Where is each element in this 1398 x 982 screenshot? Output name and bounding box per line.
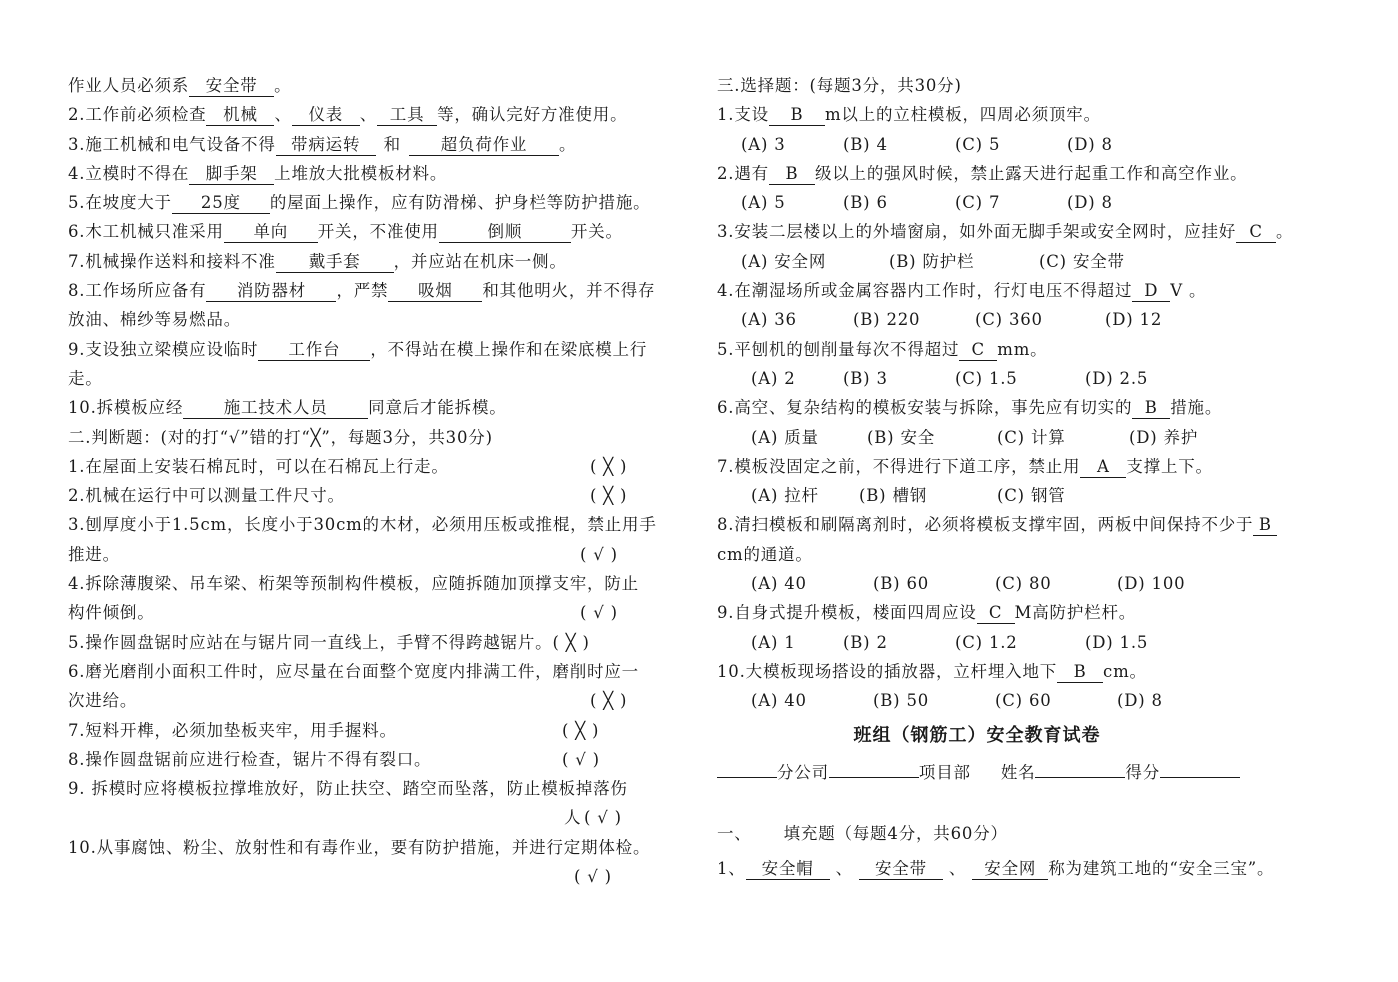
question-number: 9. <box>717 603 734 622</box>
question-text: 大模板现场搭设的插放器，立杆埋入地下 <box>746 662 1057 681</box>
choice-question-9: 9.自身式提升模板，楼面四周应设CM高防护栏杆。 <box>717 598 1347 627</box>
option: (B) 50 <box>873 686 995 715</box>
question-text: 上堆放大批模板材料。 <box>274 164 447 183</box>
exam-header-fields: 分公司项目部姓名得分 <box>717 756 1347 790</box>
choice-question-6: 6.高空、复杂结构的模板安装与拆除，事先应有切实的B措施。 <box>717 393 1347 422</box>
option: (A) 安全网 <box>741 247 889 276</box>
question-text: 木工机械只准采用 <box>85 222 223 241</box>
question-text: 支设独立梁模应设临时 <box>85 340 258 359</box>
answer-blank: 消防器材 <box>206 281 336 302</box>
option: (B) 220 <box>853 305 975 334</box>
answer-mark: ( √ ) <box>584 803 622 832</box>
question-text: 推进。 <box>68 545 120 564</box>
option: (C) 360 <box>975 305 1105 334</box>
answer-blank: 带病运转 <box>276 135 376 156</box>
question-number: 5. <box>68 633 85 652</box>
choice-options-4: (A) 36(B) 220(C) 360(D) 12 <box>717 305 1347 334</box>
question-text: mm。 <box>997 340 1047 359</box>
option: (D) 12 <box>1105 305 1162 334</box>
dept-label: 项目部 <box>919 763 971 782</box>
question-text: ，严禁 <box>336 281 388 300</box>
section-title: 填充题（每题4分，共60分） <box>784 824 1008 843</box>
fill-question-9-cont: 走。 <box>68 364 688 393</box>
question-text: 刨厚度小于1.5cm，长度小于30cm的木材，必须用压板或推棍，禁止用手 <box>85 515 656 534</box>
question-number: 7. <box>68 252 85 271</box>
option: (B) 防护栏 <box>889 247 1039 276</box>
option: (A) 1 <box>751 628 843 657</box>
fill-question-5: 5.在坡度大于25度的屋面上操作，应有防滑梯、护身栏等防护措施。 <box>68 188 688 217</box>
question-number: 2. <box>717 164 734 183</box>
question-number: 2. <box>68 486 85 505</box>
judge-question-8: 8.操作圆盘锯前应进行检查，锯片不得有裂口。 ( √ ) <box>68 745 688 774</box>
option: (D) 8 <box>1067 188 1113 217</box>
option: (C) 60 <box>995 686 1117 715</box>
question-text: 、 <box>274 105 291 124</box>
question-number: 8. <box>68 281 85 300</box>
question-text: 遇有 <box>734 164 769 183</box>
judge-question-4: 4.拆除薄腹梁、吊车梁、桁架等预制构件模板，应随拆随加顶撑支牢，防止 <box>68 569 688 598</box>
question-text: 自身式提升模板，楼面四周应设 <box>734 603 976 622</box>
fill-question-2: 2.工作前必须检查机械、仪表、工具等，确认完好方准使用。 <box>68 100 688 129</box>
answer-mark: ( ╳ ) <box>562 716 599 745</box>
question-text: cm。 <box>1103 662 1147 681</box>
answer-blank: B <box>769 105 825 126</box>
question-number: 3. <box>68 135 85 154</box>
answer-blank: A <box>1080 457 1126 478</box>
answer-mark: ( ╳ ) <box>590 452 627 481</box>
answer-mark: ( √ ) <box>574 862 612 891</box>
judge-question-1: 1.在屋面上安装石棉瓦时，可以在石棉瓦上行走。 ( ╳ ) <box>68 452 688 481</box>
answer-blank: 安全带 <box>859 859 943 880</box>
question-text: m以上的立柱模板，四周必须顶牢。 <box>825 105 1101 124</box>
choice-question-8-cont: cm的通道。 <box>717 540 1347 569</box>
question-text: 在屋面上安装石棉瓦时，可以在石棉瓦上行走。 <box>85 457 448 476</box>
choice-question-1: 1.支设Bm以上的立柱模板，四周必须顶牢。 <box>717 100 1347 129</box>
question-text: 工作场所应备有 <box>85 281 206 300</box>
answer-blank: 安全带 <box>189 76 274 97</box>
option: (A) 3 <box>741 130 843 159</box>
option: (A) 5 <box>741 188 843 217</box>
option: (C) 1.5 <box>955 364 1085 393</box>
question-text: 和其他明火，并不得存 <box>482 281 655 300</box>
judge-question-2: 2.机械在运行中可以测量工件尺寸。 ( ╳ ) <box>68 481 688 510</box>
option: (B) 4 <box>843 130 955 159</box>
question-text: 开关。 <box>571 222 623 241</box>
question-number: 1. <box>717 105 734 124</box>
answer-blank: C <box>959 340 997 361</box>
question-text: 立模时不得在 <box>85 164 189 183</box>
question-text: 平刨机的刨削量每次不得超过 <box>734 340 959 359</box>
score-field[interactable] <box>1160 777 1240 778</box>
question-text: 等，确认完好方准使用。 <box>437 105 627 124</box>
question-number: 7. <box>717 457 734 476</box>
name-field[interactable] <box>1035 777 1125 778</box>
option: (A) 2 <box>751 364 843 393</box>
fill-question-7: 7.机械操作送料和接料不准戴手套，并应站在机床一侧。 <box>68 247 688 276</box>
option: (D) 1.5 <box>1085 628 1148 657</box>
answer-blank: 超负荷作业 <box>409 135 559 156</box>
choice-options-1: (A) 3(B) 4(C) 5(D) 8 <box>717 130 1347 159</box>
judge-section-header: 二.判断题：(对的打“√”错的打“╳”，每题3分，共30分) <box>68 423 688 452</box>
question-text: 开关，不准使用 <box>318 222 439 241</box>
option: (A) 40 <box>751 686 873 715</box>
answer-blank: 工作台 <box>258 340 370 361</box>
answer-blank: B <box>1253 515 1277 536</box>
question-text: 走。 <box>68 369 103 388</box>
question-number: 1、 <box>717 859 746 878</box>
question-text: 同意后才能拆模。 <box>368 398 506 417</box>
option: (A) 36 <box>741 305 853 334</box>
answer-mark: ( ╳ ) <box>590 481 627 510</box>
exam-title: 班组（钢筋工）安全教育试卷 <box>717 716 1237 756</box>
question-text: 安装二层楼以上的外墙窗扇，如外面无脚手架或安全网时，应挂好 <box>734 222 1236 241</box>
option: (D) 8 <box>1067 130 1113 159</box>
question-text: 模板没固定之前，不得进行下道工序，禁止用 <box>734 457 1080 476</box>
option: (B) 3 <box>843 364 955 393</box>
name-label: 姓名 <box>1001 763 1036 782</box>
question-text: 高空、复杂结构的模板安装与拆除，事先应有切实的 <box>734 398 1132 417</box>
fill-question-3: 3.施工机械和电气设备不得带病运转和超负荷作业。 <box>68 130 688 159</box>
option: (C) 80 <box>995 569 1117 598</box>
answer-blank: 工具 <box>377 105 437 126</box>
choice-options-5: (A) 2(B) 3(C) 1.5(D) 2.5 <box>717 364 1347 393</box>
choice-question-5: 5.平刨机的刨削量每次不得超过Cmm。 <box>717 335 1347 364</box>
question-number: 6. <box>68 222 85 241</box>
judge-question-10-cont: ( √ ) <box>68 862 688 891</box>
choice-question-2: 2.遇有B级以上的强风时候，禁止露天进行起重工作和高空作业。 <box>717 159 1347 188</box>
fill-question-1-new: 1、安全帽、安全带、安全网称为建筑工地的“安全三宝”。 <box>717 854 1347 883</box>
question-text: 放油、棉纱等易燃品。 <box>68 310 241 329</box>
question-number: 9. <box>68 779 85 798</box>
question-number: 10. <box>68 838 97 857</box>
question-text: 操作圆盘锯时应站在与锯片同一直线上，手臂不得跨越锯片。 <box>85 633 552 652</box>
option: (C) 7 <box>955 188 1067 217</box>
question-number: 5. <box>68 193 85 212</box>
option: (D) 2.5 <box>1085 364 1148 393</box>
answer-blank: B <box>1132 398 1170 419</box>
judge-question-6: 6.磨光磨削小面积工件时，应尽量在台面整个宽度内排满工件，磨削时应一 <box>68 657 688 686</box>
answer-mark: ( √ ) <box>580 540 618 569</box>
fill-question-10: 10.拆模板应经施工技术人员同意后才能拆模。 <box>68 393 688 422</box>
choice-options-7: (A) 拉杆(B) 槽钢(C) 钢管 <box>717 481 1347 510</box>
option: (B) 6 <box>843 188 955 217</box>
question-text: 措施。 <box>1170 398 1222 417</box>
judge-question-3-cont: 推进。 ( √ ) <box>68 540 688 569</box>
choice-options-10: (A) 40(B) 50(C) 60(D) 8 <box>717 686 1347 715</box>
judge-question-4-cont: 构件倾倒。 ( √ ) <box>68 598 688 627</box>
choice-question-10: 10.大模板现场搭设的插放器，立杆埋入地下Bcm。 <box>717 657 1347 686</box>
question-text: 次进给。 <box>68 691 137 710</box>
question-text: 支设 <box>734 105 769 124</box>
choice-section-header: 三.选择题：(每题3分，共30分) <box>717 71 1347 100</box>
question-number: 2. <box>68 105 85 124</box>
choice-options-8: (A) 40(B) 60(C) 80(D) 100 <box>717 569 1347 598</box>
option: (A) 质量 <box>751 423 867 452</box>
choice-question-8: 8.清扫模板和刷隔离剂时，必须将模板支撑牢固，两板中间保持不少于B <box>717 510 1347 539</box>
option: (C) 5 <box>955 130 1067 159</box>
answer-blank: D <box>1132 281 1170 302</box>
answer-blank: B <box>769 164 815 185</box>
question-text: 和 <box>384 135 401 154</box>
choice-options-2: (A) 5(B) 6(C) 7(D) 8 <box>717 188 1347 217</box>
fill-question-6: 6.木工机械只准采用单向开关，不准使用倒顺开关。 <box>68 217 688 246</box>
question-number: 3. <box>68 515 85 534</box>
question-text: 工作前必须检查 <box>85 105 206 124</box>
left-column: 作业人员必须系安全带。 2.工作前必须检查机械、仪表、工具等，确认完好方准使用。… <box>68 71 688 891</box>
question-text: 机械操作送料和接料不准 <box>85 252 275 271</box>
answer-blank: 25度 <box>172 193 270 214</box>
fill-question-8-cont: 放油、棉纱等易燃品。 <box>68 305 688 334</box>
answer-blank: 安全网 <box>972 859 1048 880</box>
question-text: 的屋面上操作，应有防滑梯、护身栏等防护措施。 <box>270 193 651 212</box>
question-text: 短料开榫，必须加垫板夹牢，用手握料。 <box>85 721 396 740</box>
question-text: 拆模时应将模板拉撑堆放好，防止扶空、踏空而坠落，防止模板掉落伤 <box>85 779 627 798</box>
question-text: 级以上的强风时候，禁止露天进行起重工作和高空作业。 <box>815 164 1248 183</box>
company-label: 分公司 <box>777 763 829 782</box>
answer-blank: 安全帽 <box>746 859 830 880</box>
question-number: 6. <box>717 398 734 417</box>
question-text: 拆模板应经 <box>97 398 184 417</box>
option: (D) 养护 <box>1129 423 1198 452</box>
answer-blank: 吸烟 <box>388 281 482 302</box>
score-label: 得分 <box>1125 763 1160 782</box>
option: (B) 60 <box>873 569 995 598</box>
question-text: 磨光磨削小面积工件时，应尽量在台面整个宽度内排满工件，磨削时应一 <box>85 662 639 681</box>
section-1-header: 一、填充题（每题4分，共60分） <box>717 819 1347 848</box>
question-number: 1. <box>68 457 85 476</box>
option: (C) 安全带 <box>1039 247 1125 276</box>
option: (C) 钢管 <box>997 481 1066 510</box>
option: (B) 2 <box>843 628 955 657</box>
option: (C) 计算 <box>997 423 1129 452</box>
choice-question-3: 3.安装二层楼以上的外墙窗扇，如外面无脚手架或安全网时，应挂好C。 <box>717 217 1347 246</box>
question-number: 10. <box>68 398 97 417</box>
question-number: 10. <box>717 662 746 681</box>
answer-blank: 仪表 <box>292 105 360 126</box>
answer-blank: 机械 <box>206 105 274 126</box>
question-text: 称为建筑工地的“安全三宝”。 <box>1048 859 1274 878</box>
question-text: cm的通道。 <box>717 545 813 564</box>
question-number: 4. <box>717 281 734 300</box>
answer-mark: ( √ ) <box>580 598 618 627</box>
question-text: 。 <box>1276 222 1293 241</box>
answer-mark: ( ╳ ) <box>552 633 589 652</box>
question-text: ，并应站在机床一侧。 <box>394 252 567 271</box>
judge-question-6-cont: 次进给。 ( ╳ ) <box>68 686 688 715</box>
choice-question-7: 7.模板没固定之前，不得进行下道工序，禁止用A支撑上下。 <box>717 452 1347 481</box>
fill-question-4: 4.立模时不得在脚手架上堆放大批模板材料。 <box>68 159 688 188</box>
question-text: 人 <box>564 803 581 832</box>
question-number: 3. <box>717 222 734 241</box>
choice-options-6: (A) 质量(B) 安全(C) 计算(D) 养护 <box>717 423 1347 452</box>
question-text: 。 <box>559 135 576 154</box>
question-text: 、 <box>360 105 377 124</box>
question-text: 操作圆盘锯前应进行检查，锯片不得有裂口。 <box>85 750 431 769</box>
choice-question-4: 4.在潮湿场所或金属容器内工作时，行灯电压不得超过DV 。 <box>717 276 1347 305</box>
question-text: 作业人员必须系 <box>68 76 189 95</box>
question-number: 6. <box>68 662 85 681</box>
option: (A) 40 <box>751 569 873 598</box>
option: (B) 槽钢 <box>859 481 997 510</box>
dept-field[interactable] <box>829 777 919 778</box>
question-text: M高防护栏杆。 <box>1015 603 1137 622</box>
answer-blank: C <box>1236 222 1276 243</box>
answer-blank: 单向 <box>224 222 318 243</box>
question-text: 机械在运行中可以测量工件尺寸。 <box>85 486 345 505</box>
answer-mark: ( √ ) <box>562 745 600 774</box>
answer-blank: B <box>1057 662 1103 683</box>
company-field[interactable] <box>717 777 777 778</box>
fill-question-9: 9.支设独立梁模应设临时工作台，不得站在模上操作和在梁底模上行 <box>68 335 688 364</box>
option: (B) 安全 <box>867 423 997 452</box>
judge-question-3: 3.刨厚度小于1.5cm，长度小于30cm的木材，必须用压板或推棍，禁止用手 <box>68 510 688 539</box>
option: (A) 拉杆 <box>751 481 859 510</box>
fill-question-1-tail: 作业人员必须系安全带。 <box>68 71 688 100</box>
judge-question-9-cont: 人 ( √ ) <box>68 803 688 832</box>
question-text: 从事腐蚀、粉尘、放射性和有毒作业，要有防护措施，并进行定期体检。 <box>97 838 651 857</box>
spacer <box>717 790 1347 819</box>
question-number: 4. <box>68 574 85 593</box>
question-text: V 。 <box>1170 281 1206 300</box>
question-text: 清扫模板和刷隔离剂时，必须将模板支撑牢固，两板中间保持不少于 <box>734 515 1253 534</box>
question-text: 、 <box>836 859 853 878</box>
fill-question-8: 8.工作场所应备有消防器材，严禁吸烟和其他明火，并不得存 <box>68 276 688 305</box>
answer-mark: ( ╳ ) <box>590 686 627 715</box>
question-number: 9. <box>68 340 85 359</box>
option: (D) 100 <box>1117 569 1185 598</box>
judge-question-7: 7.短料开榫，必须加垫板夹牢，用手握料。 ( ╳ ) <box>68 716 688 745</box>
option: (D) 8 <box>1117 686 1163 715</box>
question-text: 在潮湿场所或金属容器内工作时，行灯电压不得超过 <box>734 281 1132 300</box>
choice-options-3: (A) 安全网(B) 防护栏(C) 安全带 <box>717 247 1347 276</box>
answer-blank: 戴手套 <box>276 252 394 273</box>
question-text: 、 <box>949 859 966 878</box>
judge-question-10: 10.从事腐蚀、粉尘、放射性和有毒作业，要有防护措施，并进行定期体检。 <box>68 833 688 862</box>
question-number: 8. <box>68 750 85 769</box>
answer-blank: C <box>977 603 1015 624</box>
choice-options-9: (A) 1(B) 2(C) 1.2(D) 1.5 <box>717 628 1347 657</box>
question-number: 8. <box>717 515 734 534</box>
question-number: 5. <box>717 340 734 359</box>
question-text: 拆除薄腹梁、吊车梁、桁架等预制构件模板，应随拆随加顶撑支牢，防止 <box>85 574 639 593</box>
right-column: 三.选择题：(每题3分，共30分) 1.支设Bm以上的立柱模板，四周必须顶牢。 … <box>717 71 1347 883</box>
option: (C) 1.2 <box>955 628 1085 657</box>
question-text: 施工机械和电气设备不得 <box>85 135 275 154</box>
judge-question-5: 5.操作圆盘锯时应站在与锯片同一直线上，手臂不得跨越锯片。( ╳ ) <box>68 628 688 657</box>
question-number: 4. <box>68 164 85 183</box>
question-text: 在坡度大于 <box>85 193 172 212</box>
section-number: 一、 <box>717 824 752 843</box>
question-text: ，不得站在模上操作和在梁底模上行 <box>370 340 647 359</box>
question-number: 7. <box>68 721 85 740</box>
question-text: 构件倾倒。 <box>68 603 155 622</box>
question-text: 支撑上下。 <box>1126 457 1213 476</box>
answer-blank: 脚手架 <box>189 164 274 185</box>
judge-question-9: 9. 拆模时应将模板拉撑堆放好，防止扶空、踏空而坠落，防止模板掉落伤 <box>68 774 688 803</box>
question-text: 。 <box>274 76 291 95</box>
answer-blank: 施工技术人员 <box>183 398 368 419</box>
answer-blank: 倒顺 <box>439 222 571 243</box>
